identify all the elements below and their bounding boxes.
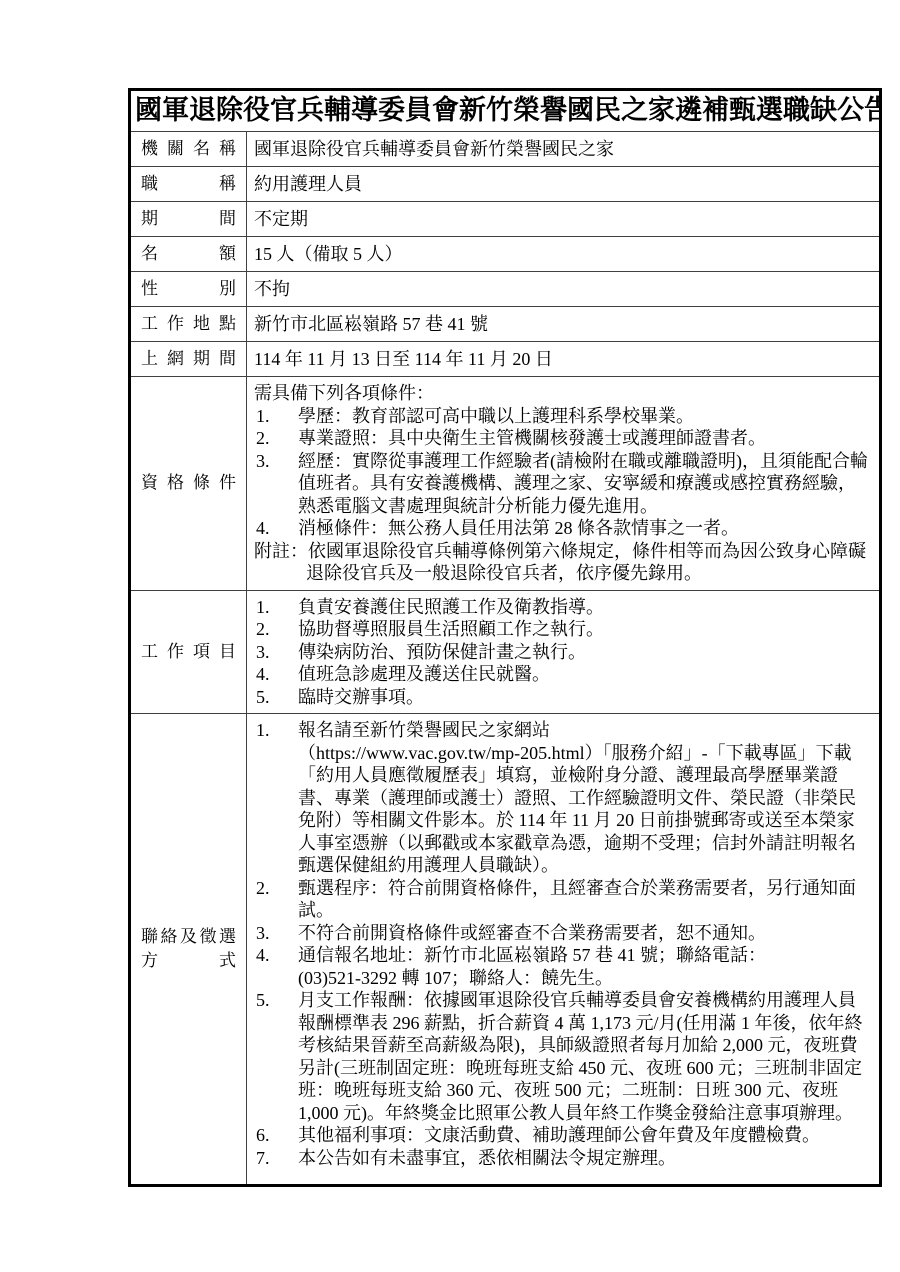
item-text: 報名請至新竹榮譽國民之家網站 （https://www.vac.gov.tw/m… [298, 719, 871, 877]
list-item: 1. 報名請至新竹榮譽國民之家網站 （https://www.vac.gov.t… [254, 719, 871, 877]
list-item: 4. 值班急診處理及護送住民就醫。 [254, 663, 871, 686]
item-text: 消極條件：無公務人員任用法第 28 條各款情事之一者。 [298, 517, 871, 540]
item-number: 1. [254, 405, 298, 428]
info-row-agency: 機關名稱 國軍退除役官兵輔導委員會新竹榮譽國民之家 [131, 131, 879, 166]
item-number: 4. [254, 944, 298, 967]
list-item: 3. 不符合前開資格條件或經審查不合業務需要者，恕不通知。 [254, 922, 871, 945]
qualifications-note: 附註：依國軍退除役官兵輔導條例第六條規定，條件相等而為因公致身心障礙退除役官兵及… [254, 540, 871, 585]
item-number: 4. [254, 517, 298, 540]
section-label: 資格條件 [141, 471, 236, 495]
info-row-work-location: 工作地點 新竹市北區崧嶺路 57 巷 41 號 [131, 306, 879, 341]
info-row-quota: 名額 15 人（備取 5 人） [131, 236, 879, 271]
item-number: 1. [254, 596, 298, 619]
row-value: 114 年 11 月 13 日至 114 年 11 月 20 日 [254, 348, 553, 371]
item-text: 傳染病防治、預防保健計畫之執行。 [298, 641, 871, 664]
item-text: 不符合前開資格條件或經審查不合業務需要者，恕不通知。 [298, 922, 871, 945]
item-number: 2. [254, 618, 298, 641]
info-row-posting-period: 上網期間 114 年 11 月 13 日至 114 年 11 月 20 日 [131, 341, 879, 376]
row-value: 國軍退除役官兵輔導委員會新竹榮譽國民之家 [254, 138, 614, 161]
section-duties: 工作項目 1. 負責安養護住民照護工作及衛教指導。 2. 協助督導照服員生活照顧… [131, 590, 879, 714]
info-row-gender: 性別 不拘 [131, 271, 879, 306]
item-text: 其他福利事項：文康活動費、補助護理師公會年費及年度體檢費。 [298, 1124, 871, 1147]
item-number: 2. [254, 427, 298, 450]
list-item: 3. 經歷：實際從事護理工作經驗者(請檢附在職或離職證明)，且須能配合輪值班者。… [254, 450, 871, 518]
row-label: 上網期間 [141, 347, 236, 371]
info-row-period: 期間 不定期 [131, 201, 879, 236]
list-item: 4. 通信報名地址：新竹市北區崧嶺路 57 巷 41 號；聯絡電話： (03)5… [254, 944, 871, 989]
list-item: 1. 負責安養護住民照護工作及衛教指導。 [254, 596, 871, 619]
list-item: 6. 其他福利事項：文康活動費、補助護理師公會年費及年度體檢費。 [254, 1124, 871, 1147]
row-value: 不拘 [254, 278, 290, 301]
item-text: 甄選程序：符合前開資格條件，且經審查合於業務需要者，另行通知面試。 [298, 877, 871, 922]
section-label: 聯絡及徵選 [141, 925, 236, 949]
item-text: 月支工作報酬：依據國軍退除役官兵輔導委員會安養機構約用護理人員報酬標準表 296… [298, 989, 871, 1124]
item-text: 學歷：教育部認可高中職以上護理科系學校畢業。 [298, 405, 871, 428]
section-label: 方式 [141, 949, 236, 973]
item-text: 專業證照：具中央衛生主管機關核發護士或護理師證書者。 [298, 427, 871, 450]
list-item: 2. 專業證照：具中央衛生主管機關核發護士或護理師證書者。 [254, 427, 871, 450]
item-text: 協助督導照服員生活照顧工作之執行。 [298, 618, 871, 641]
item-number: 3. [254, 450, 298, 473]
list-item: 2. 甄選程序：符合前開資格條件，且經審查合於業務需要者，另行通知面試。 [254, 877, 871, 922]
item-text: 負責安養護住民照護工作及衛教指導。 [298, 596, 871, 619]
row-label: 期間 [141, 207, 236, 231]
row-label: 機關名稱 [141, 137, 236, 161]
item-number: 2. [254, 877, 298, 900]
row-label: 工作地點 [141, 312, 236, 336]
row-value: 15 人（備取 5 人） [254, 243, 403, 266]
item-number: 6. [254, 1124, 298, 1147]
item-text: 臨時交辦事項。 [298, 686, 871, 709]
qualifications-intro: 需具備下列各項條件： [254, 382, 871, 405]
item-number: 3. [254, 641, 298, 664]
item-number: 4. [254, 663, 298, 686]
list-item: 4. 消極條件：無公務人員任用法第 28 條各款情事之一者。 [254, 517, 871, 540]
item-number: 5. [254, 989, 298, 1012]
row-label: 職稱 [141, 172, 236, 196]
item-number: 1. [254, 719, 298, 742]
row-label: 性別 [141, 277, 236, 301]
list-item: 3. 傳染病防治、預防保健計畫之執行。 [254, 641, 871, 664]
section-label: 工作項目 [141, 640, 236, 664]
item-number: 5. [254, 686, 298, 709]
item-number: 7. [254, 1147, 298, 1170]
list-item: 7. 本公告如有未盡事宜，悉依相關法令規定辦理。 [254, 1147, 871, 1170]
row-value: 新竹市北區崧嶺路 57 巷 41 號 [254, 313, 488, 336]
item-number: 3. [254, 922, 298, 945]
section-contact-selection: 聯絡及徵選 方式 1. 報名請至新竹榮譽國民之家網站 （https://www.… [131, 713, 879, 1184]
list-item: 5. 臨時交辦事項。 [254, 686, 871, 709]
list-item: 5. 月支工作報酬：依據國軍退除役官兵輔導委員會安養機構約用護理人員報酬標準表 … [254, 989, 871, 1124]
item-text: 本公告如有未盡事宜，悉依相關法令規定辦理。 [298, 1147, 871, 1170]
row-value: 約用護理人員 [254, 173, 362, 196]
row-value: 不定期 [254, 208, 308, 231]
item-text: 經歷：實際從事護理工作經驗者(請檢附在職或離職證明)，且須能配合輪值班者。具有安… [298, 450, 871, 518]
document-page: 國軍退除役官兵輔導委員會新竹榮譽國民之家遴補甄選職缺公告 機關名稱 國軍退除役官… [0, 0, 900, 1272]
doc-title: 國軍退除役官兵輔導委員會新竹榮譽國民之家遴補甄選職缺公告 [131, 91, 879, 131]
list-item: 2. 協助督導照服員生活照顧工作之執行。 [254, 618, 871, 641]
row-label: 名額 [141, 242, 236, 266]
item-text: 值班急診處理及護送住民就醫。 [298, 663, 871, 686]
section-qualifications: 資格條件 需具備下列各項條件： 1. 學歷：教育部認可高中職以上護理科系學校畢業… [131, 376, 879, 590]
announcement-table: 國軍退除役官兵輔導委員會新竹榮譽國民之家遴補甄選職缺公告 機關名稱 國軍退除役官… [128, 88, 882, 1187]
list-item: 1. 學歷：教育部認可高中職以上護理科系學校畢業。 [254, 405, 871, 428]
info-row-job-title: 職稱 約用護理人員 [131, 166, 879, 201]
item-text: 通信報名地址：新竹市北區崧嶺路 57 巷 41 號；聯絡電話： (03)521-… [298, 944, 871, 989]
